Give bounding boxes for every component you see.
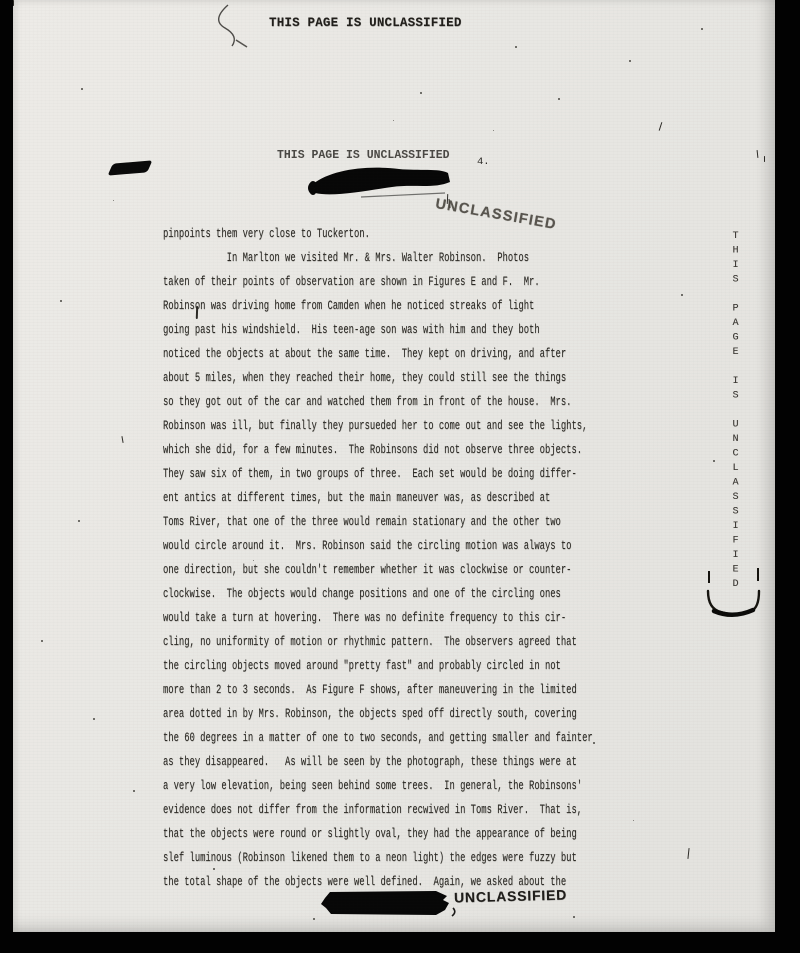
dust-speck xyxy=(93,718,95,720)
dust-speck xyxy=(681,294,683,296)
text-line: Robinson was ill, but finally they pursu… xyxy=(163,414,593,438)
text-line: one direction, but she couldn't remember… xyxy=(163,558,593,582)
text-line: ent antics at different times, but the m… xyxy=(163,486,593,510)
dust-speck xyxy=(573,916,575,918)
text-line: pinpoints them very close to Tuckerton. xyxy=(163,222,593,246)
vertical-classification-text: THIS PAGE IS UNCLASSIFIED xyxy=(730,231,741,594)
dust-speck xyxy=(713,460,715,462)
text-line: about 5 miles, when they reached their h… xyxy=(163,366,593,390)
page-number: 4. xyxy=(477,156,490,168)
stray-tick xyxy=(757,150,759,158)
margin-bracket-mark xyxy=(703,565,767,627)
text-line: which she did, for a few minutes. The Ro… xyxy=(163,438,593,462)
dust-speck xyxy=(213,868,215,870)
page-classification-header: THIS PAGE IS UNCLASSIFIED xyxy=(269,16,462,30)
document-page: THIS PAGE IS UNCLASSIFIED THIS PAGE IS U… xyxy=(13,0,775,932)
unclassified-stamp-bottom: UNCLASSIFIED xyxy=(454,887,567,906)
text-line: that the objects were round or slightly … xyxy=(163,822,593,846)
dust-speck xyxy=(78,520,80,522)
dust-speck xyxy=(133,790,135,792)
text-line: so they got out of the car and watched t… xyxy=(163,390,593,414)
text-line: In Marlton we visited Mr. & Mrs. Walter … xyxy=(163,246,593,270)
text-line: more than 2 to 3 seconds. As Figure F sh… xyxy=(163,678,593,702)
text-line: area dotted in by Mrs. Robinson, the obj… xyxy=(163,702,593,726)
text-line: They saw six of them, in two groups of t… xyxy=(163,462,593,486)
text-line: would take a turn at hovering. There was… xyxy=(163,606,593,630)
text-line: taken of their points of observation are… xyxy=(163,270,593,294)
stray-tick xyxy=(764,156,765,162)
dust-speck xyxy=(493,130,494,131)
dust-speck xyxy=(533,640,534,641)
typewritten-body: pinpoints them very close to Tuckerton. … xyxy=(163,222,593,894)
text-line: clockwise. The objects would change posi… xyxy=(163,582,593,606)
dust-speck xyxy=(593,742,595,744)
dust-speck xyxy=(515,46,517,48)
stray-tick xyxy=(13,0,14,6)
dust-speck xyxy=(41,640,43,642)
text-line: the circling objects moved around "prett… xyxy=(163,654,593,678)
text-line: as they disappeared. As will be seen by … xyxy=(163,750,593,774)
faded-classification-header: THIS PAGE IS UNCLASSIFIED xyxy=(277,149,450,159)
text-line: going past his windshield. His teen-age … xyxy=(163,318,593,342)
dust-speck xyxy=(313,918,315,920)
stray-tick xyxy=(687,848,690,859)
dust-speck xyxy=(558,98,560,100)
dust-speck xyxy=(629,60,631,62)
dust-speck xyxy=(81,88,83,90)
dust-speck xyxy=(393,120,394,121)
text-line: would circle around it. Mrs. Robinson sa… xyxy=(163,534,593,558)
redaction-bar-bottom xyxy=(318,888,468,922)
dust-speck xyxy=(420,92,422,94)
stray-tick xyxy=(121,436,123,443)
dust-speck xyxy=(253,560,254,561)
pen-squiggle-mark xyxy=(208,2,260,54)
dust-speck xyxy=(701,28,703,30)
text-line: slef luminous (Robinson likened them to … xyxy=(163,846,593,870)
text-line: cling, no uniformity of motion or rhythm… xyxy=(163,630,593,654)
stray-tick xyxy=(659,122,663,131)
text-line: Toms River, that one of the three would … xyxy=(163,510,593,534)
dust-speck xyxy=(113,200,114,201)
text-line: noticed the objects at about the same ti… xyxy=(163,342,593,366)
text-line: Robinson was driving home from Camden wh… xyxy=(163,294,593,318)
text-line: evidence does not differ from the inform… xyxy=(163,798,593,822)
text-line: a very low elevation, being seen behind … xyxy=(163,774,593,798)
ink-blob-mark xyxy=(108,160,153,175)
text-line: the 60 degrees in a matter of one to two… xyxy=(163,726,593,750)
dust-speck xyxy=(60,300,62,302)
dust-speck xyxy=(633,820,634,821)
